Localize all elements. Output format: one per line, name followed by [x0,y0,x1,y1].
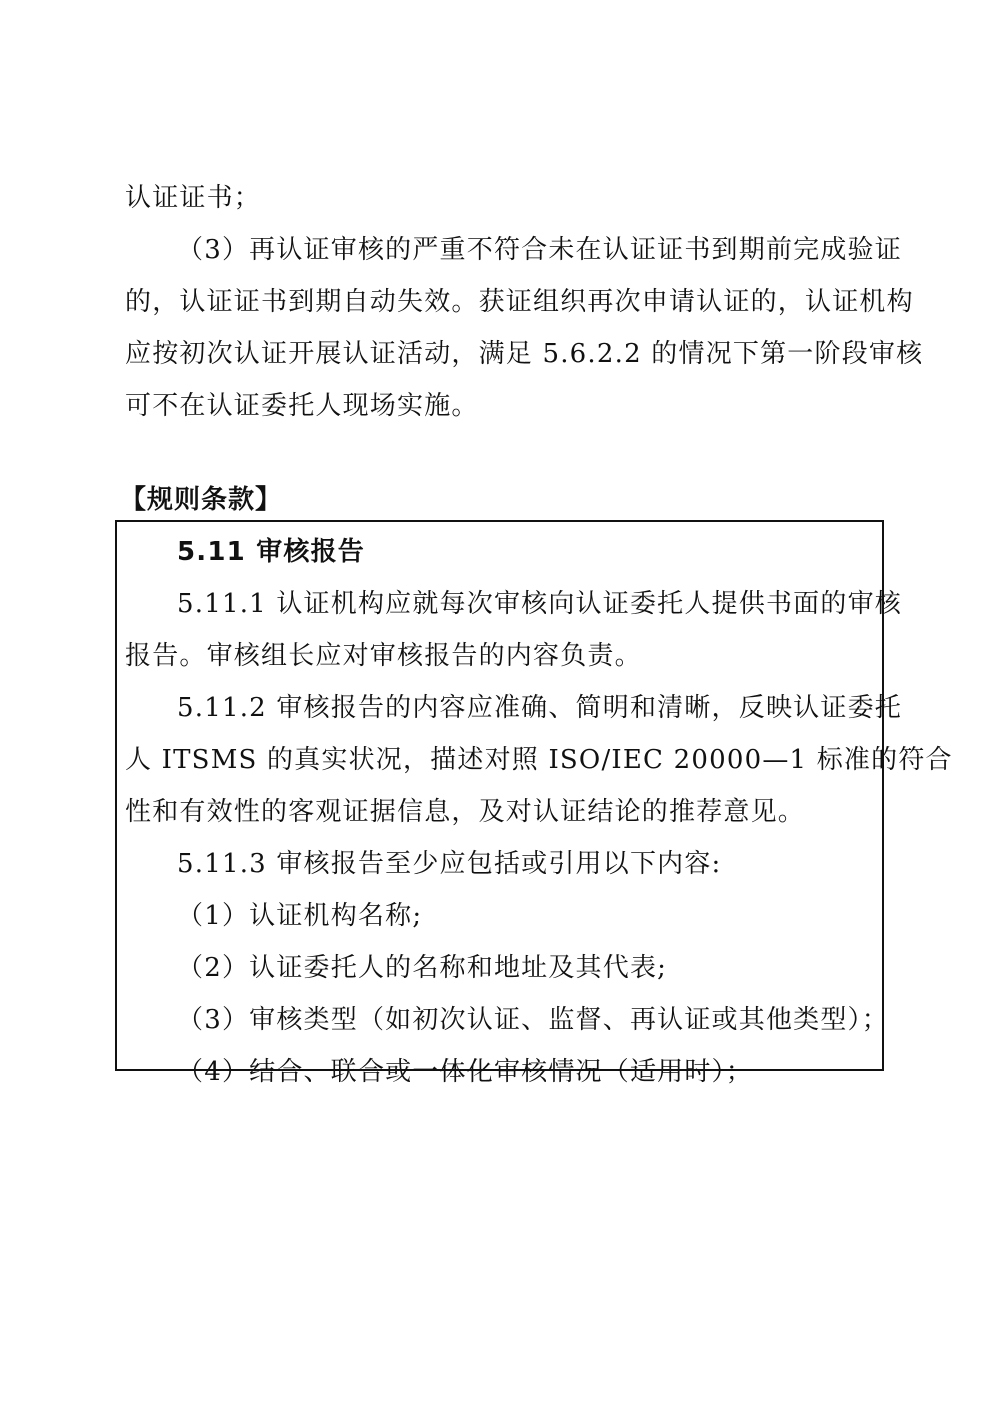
continuation-line-2: （3）再认证审核的严重不符合未在认证证书到期前完成验证 [177,224,880,276]
clause-5-11-1-line-2: 报告。审核组长应对审核报告的内容负责。 [125,630,880,682]
clause-5-11-2-line-3: 性和有效性的客观证据信息，及对认证结论的推荐意见。 [125,786,880,838]
list-item-1: （1）认证机构名称; [177,890,880,942]
list-item-2: （2）认证委托人的名称和地址及其代表; [177,942,880,994]
section-heading: 5.11 审核报告 [177,526,880,578]
continuation-line-4: 应按初次认证开展认证活动，满足 5.6.2.2 的情况下第一阶段审核 [125,328,880,380]
continuation-line-5: 可不在认证委托人现场实施。 [125,380,880,432]
list-item-3: （3）审核类型（如初次认证、监督、再认证或其他类型）； [177,994,880,1046]
clause-5-11-2-line-1: 5.11.2 审核报告的内容应准确、简明和清晰，反映认证委托 [177,682,880,734]
continuation-line-3: 的，认证证书到期自动失效。获证组织再次申请认证的，认证机构 [125,276,880,328]
clause-5-11-2-line-2: 人 ITSMS 的真实状况，描述对照 ISO/IEC 20000—1 标准的符合 [125,734,880,786]
clause-5-11-3: 5.11.3 审核报告至少应包括或引用以下内容: [177,838,880,890]
rules-section-label: 【规则条款】 [120,474,282,526]
list-item-4: （4）结合、联合或一体化审核情况（适用时）； [177,1046,880,1098]
clause-5-11-1-line-1: 5.11.1 认证机构应就每次审核向认证委托人提供书面的审核 [177,578,880,630]
continuation-line-1: 认证证书； [125,172,880,224]
